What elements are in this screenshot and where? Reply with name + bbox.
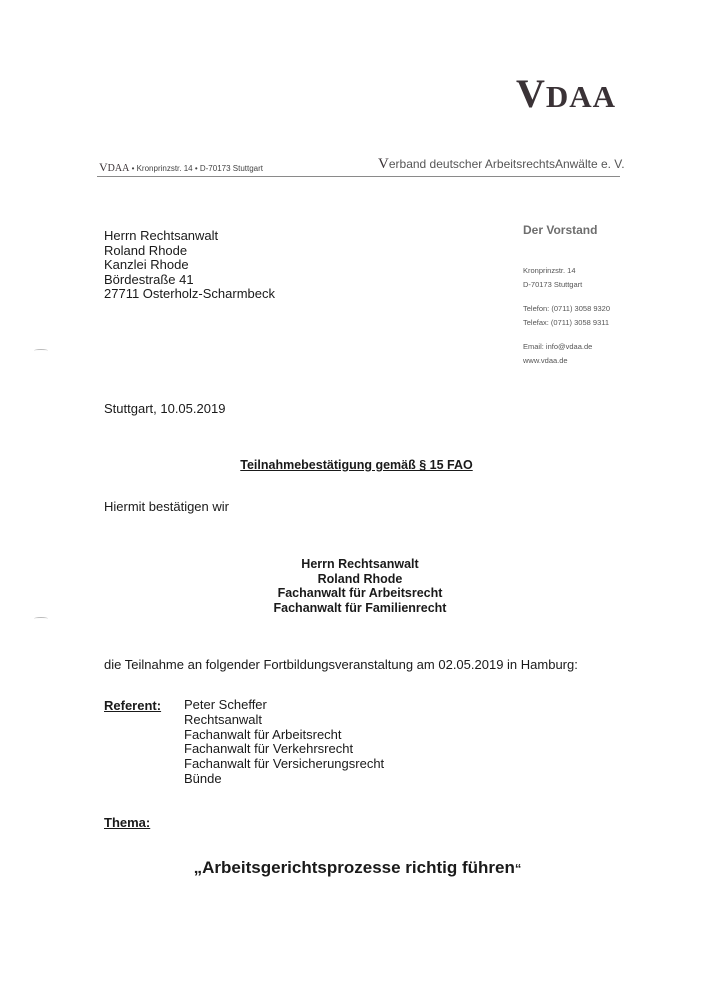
address-line: Bördestraße 41 <box>104 273 275 288</box>
sidebar-title: Der Vorstand <box>523 223 610 237</box>
fold-mark <box>34 349 48 352</box>
sidebar-website[interactable]: www.vdaa.de <box>523 354 610 368</box>
sidebar-fax: Telefax: (0711) 3058 9311 <box>523 316 610 330</box>
referent-line: Fachanwalt für Arbeitsrecht <box>184 728 384 743</box>
address-line: Kanzlei Rhode <box>104 258 275 273</box>
date-line: Stuttgart, 10.05.2019 <box>104 401 225 416</box>
address-line: 27711 Osterholz-Scharmbeck <box>104 287 275 302</box>
person-line: Fachanwalt für Familienrecht <box>19 601 701 616</box>
person-line: Herrn Rechtsanwalt <box>19 557 701 572</box>
sender-line: VDAA • Kronprinzstr. 14 • D-70173 Stuttg… <box>99 160 263 175</box>
intro-text: Hiermit bestätigen wir <box>104 499 229 514</box>
sender-brand: VDAA <box>99 163 129 174</box>
sidebar-phone: Telefon: (0711) 3058 9320 <box>523 302 610 316</box>
close-quote: “ <box>515 861 522 876</box>
open-quote: „ <box>194 858 203 877</box>
vdaa-logo: VDAA <box>516 70 616 117</box>
sidebar-street: Kronprinzstr. 14 <box>523 264 610 278</box>
sidebar-city: D-70173 Stuttgart <box>523 278 610 292</box>
subject-heading: Teilnahmebestätigung gemäß § 15 FAO <box>0 458 701 472</box>
referent-line: Fachanwalt für Versicherungsrecht <box>184 757 384 772</box>
sender-address: • Kronprinzstr. 14 • D-70173 Stuttgart <box>129 164 263 173</box>
participation-text: die Teilnahme an folgender Fortbildungsv… <box>104 657 578 672</box>
referent-line: Fachanwalt für Verkehrsrecht <box>184 742 384 757</box>
recipient-address: Herrn Rechtsanwalt Roland Rhode Kanzlei … <box>104 229 275 302</box>
confirmed-person: Herrn Rechtsanwalt Roland Rhode Fachanwa… <box>0 557 701 615</box>
referent-line: Rechtsanwalt <box>184 713 384 728</box>
address-line: Herrn Rechtsanwalt <box>104 229 275 244</box>
thema-label: Thema: <box>104 815 150 830</box>
topic-title: „Arbeitsgerichtsprozesse richtig führen“ <box>0 858 701 878</box>
referent-label: Referent: <box>104 698 161 713</box>
person-line: Roland Rhode <box>19 572 701 587</box>
topic-text: Arbeitsgerichtsprozesse richtig führen <box>202 858 515 877</box>
organization-name: Verband deutscher ArbeitsrechtsAnwälte e… <box>378 156 625 173</box>
referent-line: Bünde <box>184 772 384 787</box>
referent-details: Peter Scheffer Rechtsanwalt Fachanwalt f… <box>184 698 384 787</box>
address-line: Roland Rhode <box>104 244 275 259</box>
referent-line: Peter Scheffer <box>184 698 384 713</box>
sidebar-email[interactable]: Email: info@vdaa.de <box>523 340 610 354</box>
contact-sidebar: Der Vorstand Kronprinzstr. 14 D-70173 St… <box>523 223 610 367</box>
fold-mark <box>34 617 48 620</box>
header-divider <box>97 176 620 177</box>
person-line: Fachanwalt für Arbeitsrecht <box>19 586 701 601</box>
